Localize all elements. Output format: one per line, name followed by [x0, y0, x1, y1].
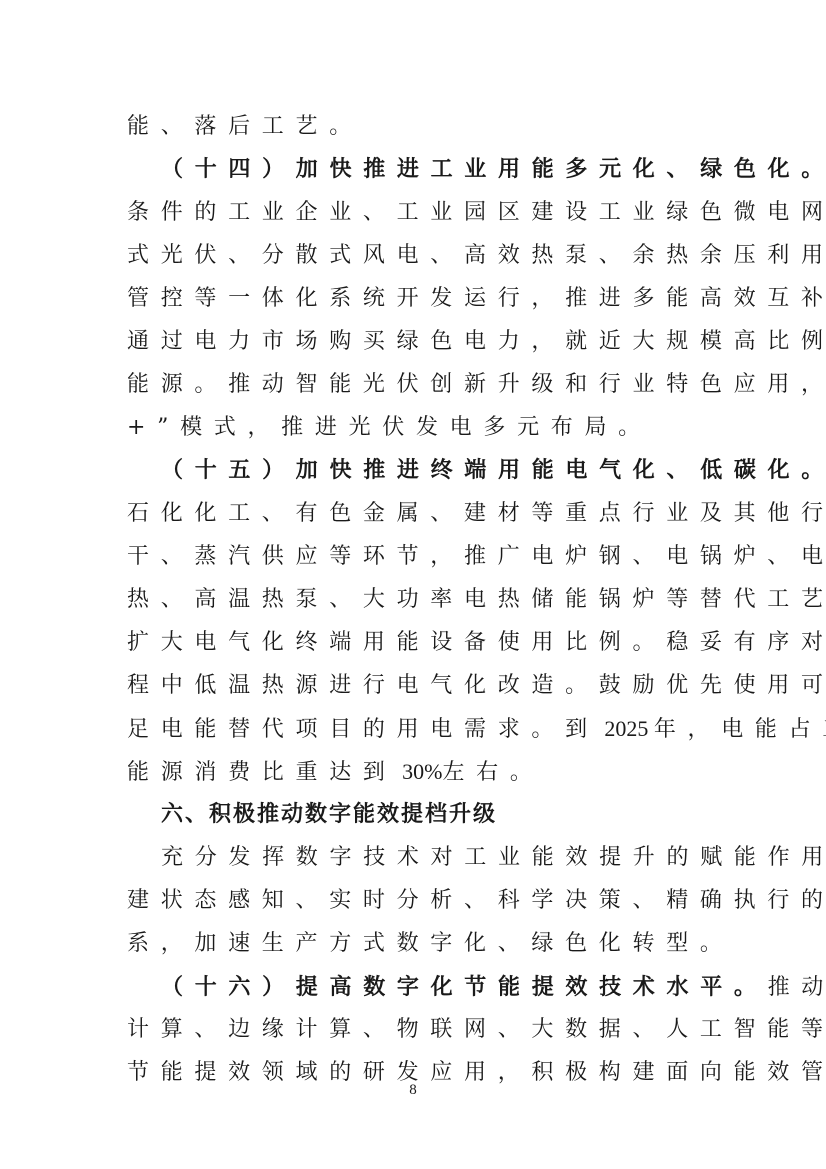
paragraph-line: 能源。推动智能光伏创新升级和行业特色应用，创新“光伏: [127, 363, 727, 406]
paragraph-line: 程中低温热源进行电气化改造。鼓励优先使用可再生能源满: [127, 664, 727, 707]
paragraph-line: 条件的工业企业、工业园区建设工业绿色微电网，加快分布: [127, 191, 727, 234]
paragraph-line: 石化化工、有色金属、建材等重点行业及其他行业加热、烘: [127, 492, 727, 535]
paragraph-line: 计算、边缘计算、物联网、大数据、人工智能等数字技术在: [127, 1008, 727, 1051]
page-number: 8: [0, 1082, 826, 1099]
paragraph-line: 热、高温热泵、大功率电热储能锅炉等替代工艺技术装备，: [127, 578, 727, 621]
section-15-title: （十五）加快推进终端用能电气化、低碳化。: [161, 458, 826, 483]
section-6-heading-line: 六、积极推动数字能效提档升级: [127, 793, 727, 836]
section-14-title: （十四）加快推进工业用能多元化、绿色化。: [161, 157, 826, 182]
paragraph-line: 系，加速生产方式数字化、绿色化转型。: [127, 922, 727, 965]
paragraph-line: +”模式，推进光伏发电多元布局。: [127, 406, 727, 449]
paragraph-line: 管控等一体化系统开发运行，推进多能高效互补利用。鼓励: [127, 277, 727, 320]
paragraph-line: 能源消费比重达到 30%左右。: [127, 750, 727, 793]
section-16-title-line: （十六）提高数字化节能提效技术水平。推动 5G、云: [127, 965, 727, 1008]
section-14-title-line: （十四）加快推进工业用能多元化、绿色化。支持具备: [127, 148, 727, 191]
section-16-title: （十六）提高数字化节能提效技术水平。: [161, 975, 768, 1000]
paragraph-line: 扩大电气化终端用能设备使用比例。稳妥有序对工业生产过: [127, 621, 727, 664]
paragraph-line: 能、落后工艺。: [127, 105, 727, 148]
paragraph-line: 通过电力市场购买绿色电力，就近大规模高比例利用可再生: [127, 320, 727, 363]
paragraph-line: 足电能替代项目的用电需求。到 2025 年，电能占工业终端: [127, 707, 727, 750]
paragraph-line: 充分发挥数字技术对工业能效提升的赋能作用，推动构: [127, 836, 727, 879]
section-15-title-line: （十五）加快推进终端用能电气化、低碳化。在钢铁、: [127, 449, 727, 492]
paragraph-line: 式光伏、分散式风电、高效热泵、余热余压利用、智慧能源: [127, 234, 727, 277]
section-6-heading: 六、积极推动数字能效提档升级: [161, 802, 497, 827]
paragraph-line: 干、蒸汽供应等环节，推广电炉钢、电锅炉、电窑炉、电加: [127, 535, 727, 578]
paragraph-line: 建状态感知、实时分析、科学决策、精确执行的能源管控体: [127, 879, 727, 922]
document-body: 能、落后工艺。 （十四）加快推进工业用能多元化、绿色化。支持具备 条件的工业企业…: [127, 105, 727, 1094]
